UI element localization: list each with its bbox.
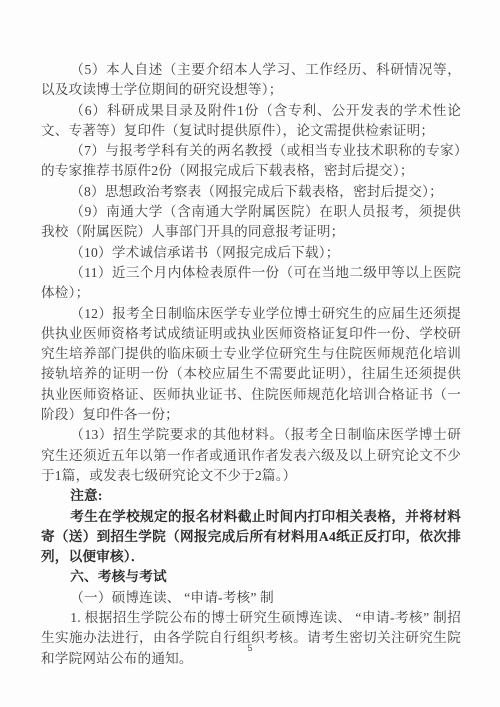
paragraph-item-8: （8）思想政治考察表（网报完成后下载表格，密封后提交）； [41, 182, 461, 202]
paragraph-item-5: （5）本人自述（主要介绍本人学习、工作经历、科研情况等，以及攻读博士学位期间的研… [41, 60, 461, 101]
section-heading-exam: 六、考核与考试 [41, 567, 461, 587]
document-body: （5）本人自述（主要介绍本人学习、工作经历、科研情况等，以及攻读博士学位期间的研… [41, 60, 461, 669]
page-number: 5 [0, 643, 500, 653]
notice-label: 注意: [41, 486, 461, 506]
paragraph-item-11: （11）近三个月内体检表原件一份（可在当地二级甲等以上医院体检）； [41, 263, 461, 304]
paragraph-item-13: （13）招生学院要求的其他材料。（报考全日制临床医学博士研究生还须近五年以第一作… [41, 425, 461, 486]
paragraph-item-6: （6）科研成果目录及附件1份（含专利、公开发表的学术性论文、专著等）复印件（复试… [41, 101, 461, 142]
paragraph-item-12: （12）报考全日制临床医学专业学位博士研究生的应届生还须提供执业医师资格考试成绩… [41, 304, 461, 426]
document-page: （5）本人自述（主要介绍本人学习、工作经历、科研情况等，以及攻读博士学位期间的研… [0, 0, 500, 707]
subsection-heading-shenqing-kaohe: （一）硕博连读、 “申请-考核” 制 [41, 588, 461, 608]
paragraph-item-10: （10）学术诚信承诺书（网报完成后下载）； [41, 243, 461, 263]
paragraph-item-7: （7）与报考学科有关的两名教授（或相当专业技术职称的专家）的专家推荐书原件2份（… [41, 141, 461, 182]
paragraph-item-9: （9）南通大学（含南通大学附属医院）在职人员报考，须提供我校（附属医院）人事部门… [41, 202, 461, 243]
subsection-paragraph-1: 1. 根据招生学院公布的博士研究生硕博连读、 “申请-考核” 制招生实施办法进行… [41, 608, 461, 669]
notice-paragraph: 考生在学校规定的报名材料截止时间内打印相关表格，并将材料寄（送）到招生学院（网报… [41, 507, 461, 568]
